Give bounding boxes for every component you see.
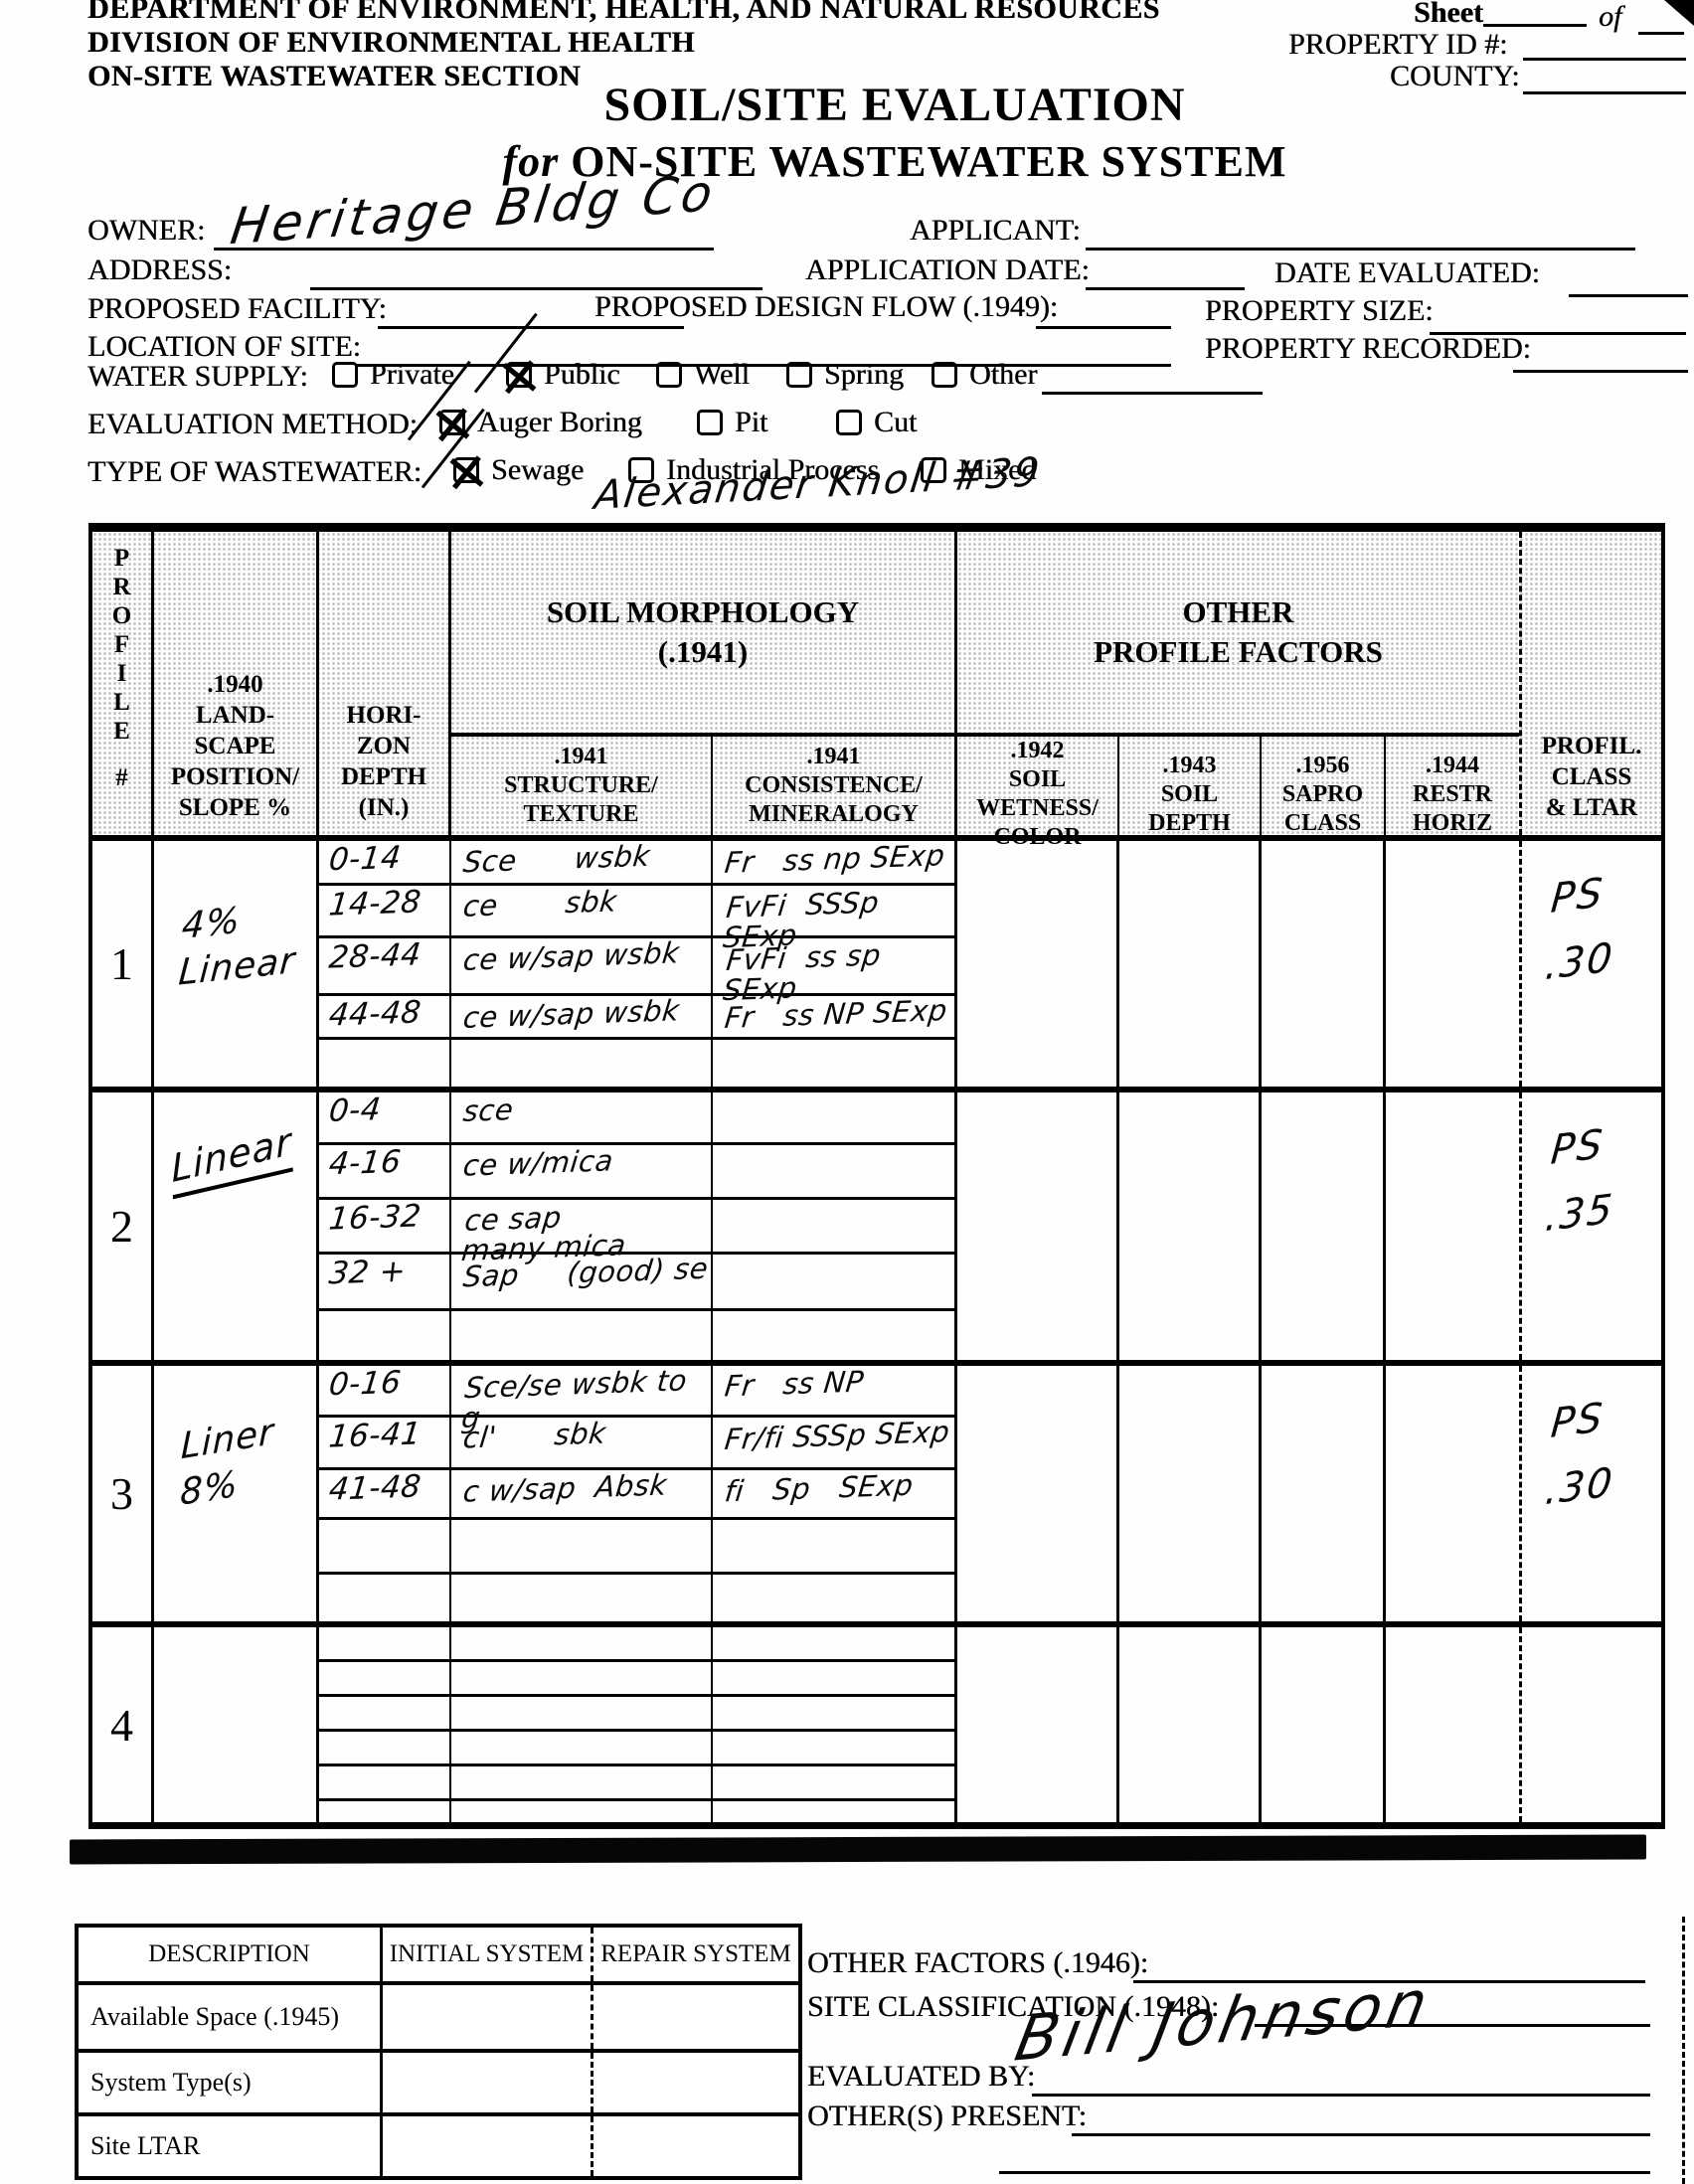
system-table-header-repair: REPAIR SYSTEM <box>593 1928 798 1981</box>
other-profile-factors-header: OTHER PROFILE FACTORS <box>957 532 1519 737</box>
structure-texture-value: ce sbk <box>461 886 618 922</box>
profile-number-cell: 2 <box>92 1092 154 1360</box>
owner-label: OWNER: <box>87 214 205 248</box>
profile-class-cell: PS .35 <box>1522 1092 1661 1360</box>
consistence-mineralogy-cell <box>713 1520 954 1572</box>
structure-texture-value: ce w/mica <box>461 1145 614 1180</box>
sapro-class-header: .1956 SAPRO CLASS <box>1262 737 1386 852</box>
structure-texture-cell: ce sap many mica <box>451 1200 713 1252</box>
landscape-cell <box>154 1627 319 1822</box>
profile-col-letter: F <box>114 630 129 659</box>
structure-texture-cell <box>451 1697 713 1729</box>
structure-texture-value: Sce wsbk <box>461 841 651 878</box>
system-types-repair-cell <box>593 2053 798 2112</box>
location-of-site-label: LOCATION OF SITE: <box>87 330 361 364</box>
consistence-mineralogy-value: Fr/fi SSSp SExp <box>723 1417 950 1454</box>
site-ltar-repair-cell <box>593 2116 798 2176</box>
profile-number: 3 <box>110 1467 133 1520</box>
structure-texture-value: cl' sbk <box>461 1418 607 1452</box>
checkbox-label-other: Other <box>969 358 1037 392</box>
checkbox-public <box>506 362 532 388</box>
consistence-mineralogy-cell <box>713 1662 954 1694</box>
scan-corner-artifact <box>1664 0 1694 26</box>
structure-texture-value: sce <box>461 1094 515 1126</box>
system-table: DESCRIPTION INITIAL SYSTEM REPAIR SYSTEM… <box>75 1924 802 2180</box>
landscape-handwriting: 4% Linear <box>177 892 300 997</box>
site-ltar-label: Site LTAR <box>79 2116 383 2176</box>
structure-texture-cell <box>451 1627 713 1659</box>
structure-texture-header: .1941 STRUCTURE/ TEXTURE <box>451 737 713 835</box>
consistence-mineralogy-cell: Fr ss NP SExp <box>713 996 954 1037</box>
sapro-class-cell <box>1262 841 1386 1087</box>
profile-col-letter: R <box>112 573 130 601</box>
horizon-depth-cell: 41-48 <box>319 1470 451 1517</box>
horizon-depth-value: 44-48 <box>327 997 423 1030</box>
checkbox-label-private: Private <box>370 358 454 392</box>
sheet-label: Sheet <box>1414 0 1483 30</box>
sheet-of-blank <box>1638 32 1684 35</box>
horizon-depth-value: 28-44 <box>327 939 423 972</box>
profile-class-cell <box>1522 1627 1661 1822</box>
checkbox-other <box>932 362 957 388</box>
horizon-depth-cell: 16-32 <box>319 1200 451 1252</box>
horizon-row: 28-44ce w/sap wsbkFvFi ss sp SExp <box>319 938 954 996</box>
consistence-mineralogy-cell: FvFi ss sp SExp <box>713 938 954 993</box>
form-title-block: SOIL/SITE EVALUATION for ON-SITE WASTEWA… <box>358 78 1432 187</box>
horizon-depth-value: 16-32 <box>327 1201 423 1234</box>
structure-texture-cell: Sap (good) se <box>451 1255 713 1308</box>
available-space-label: Available Space (.1945) <box>79 1985 383 2049</box>
horizon-row <box>319 1697 954 1732</box>
consistence-mineralogy-cell: fi Sp SExp <box>713 1470 954 1517</box>
available-space-repair-cell <box>593 1985 798 2049</box>
checkbox-label-spring: Spring <box>824 358 904 392</box>
consistence-mineralogy-cell: Fr ss NP <box>713 1366 954 1415</box>
consistence-mineralogy-cell <box>713 1040 954 1087</box>
structure-texture-cell <box>451 1575 713 1621</box>
consistence-mineralogy-cell <box>713 1732 954 1764</box>
horizon-depth-cell: 32 + <box>319 1255 451 1308</box>
soil-wetness-cell <box>957 1366 1119 1621</box>
available-space-initial-cell <box>383 1985 593 2049</box>
application-date-label: APPLICATION DATE: <box>805 253 1090 287</box>
county-blank <box>1523 91 1686 94</box>
horizon-row <box>319 1801 954 1822</box>
horizon-depth-cell: 44-48 <box>319 996 451 1037</box>
horizon-row: 14-28ce sbkFvFi SSSp SExp <box>319 886 954 938</box>
horizon-row <box>319 1627 954 1662</box>
checkbox-private <box>332 362 358 388</box>
horizon-rows <box>319 1627 957 1822</box>
structure-texture-cell: ce w/sap wsbk <box>451 996 713 1037</box>
date-evaluated-label: DATE EVALUATED: <box>1274 256 1540 290</box>
checkbox-other-blank <box>1042 392 1263 395</box>
checkbox-pit <box>697 410 723 435</box>
landscape-handwriting: Linear <box>170 1118 293 1200</box>
consistence-mineralogy-value: Fr ss np SExp <box>723 840 946 878</box>
horizon-row <box>319 1311 954 1360</box>
landscape-cell: Linear <box>154 1092 319 1360</box>
soil-morphology-group-header: SOIL MORPHOLOGY (.1941) <box>451 532 954 737</box>
horizon-depth-cell <box>319 1040 451 1087</box>
soil-profile-rows: 14% Linear0-14Sce wsbkFr ss np SExp14-28… <box>92 841 1661 1822</box>
horizon-depth-cell: 0-14 <box>319 841 451 883</box>
landscape-cell: Liner 8% <box>154 1366 319 1621</box>
horizon-depth-cell <box>319 1311 451 1360</box>
structure-texture-cell: ce w/sap wsbk <box>451 938 713 993</box>
profile-number-cell: 1 <box>92 841 154 1087</box>
profile-number: 4 <box>110 1699 133 1752</box>
consistence-mineralogy-cell <box>713 1145 954 1197</box>
structure-texture-cell <box>451 1732 713 1764</box>
address-label: ADDRESS: <box>87 253 232 287</box>
profile-number: 1 <box>110 937 133 990</box>
profile-class-value: PS .30 <box>1542 1383 1622 1525</box>
horizon-depth-column-header: HORI- ZON DEPTH (IN.) <box>319 532 451 835</box>
horizon-row: 16-32ce sap many mica <box>319 1200 954 1255</box>
scan-edge-line <box>1682 1917 1685 2184</box>
system-table-header-initial: INITIAL SYSTEM <box>383 1928 593 1981</box>
checkbox-spring <box>786 362 812 388</box>
restrictive-horizon-cell <box>1386 841 1522 1087</box>
consistence-mineralogy-cell <box>713 1255 954 1308</box>
profile-col-letter: O <box>112 601 131 630</box>
consistence-mineralogy-cell <box>713 1311 954 1360</box>
profile-column-header: PROFILE# <box>92 532 154 835</box>
soil-depth-header: .1943 SOIL DEPTH <box>1119 737 1262 852</box>
horizon-depth-value: 32 + <box>327 1257 407 1289</box>
sapro-class-cell <box>1262 1627 1386 1822</box>
others-present-label: OTHER(S) PRESENT: <box>807 2100 1087 2133</box>
scan-separator-band <box>70 1835 1646 1865</box>
design-flow-blank <box>1036 326 1171 329</box>
agency-line-1: DEPARTMENT OF ENVIRONMENT, HEALTH, AND N… <box>87 0 1160 26</box>
profile-col-letter: P <box>114 544 129 573</box>
scanned-form-page: DEPARTMENT OF ENVIRONMENT, HEALTH, AND N… <box>0 0 1694 2184</box>
structure-texture-cell <box>451 1520 713 1572</box>
design-flow-label: PROPOSED DESIGN FLOW (.1949): <box>594 290 1058 324</box>
checkbox-group-water-supply: WATER SUPPLY:PrivatePublicWellSpringOthe… <box>0 360 1694 408</box>
soil-morphology-group: SOIL MORPHOLOGY (.1941) .1941 STRUCTURE/… <box>451 532 957 835</box>
horizon-depth-cell <box>319 1801 451 1822</box>
structure-texture-cell: sce <box>451 1092 713 1142</box>
consistence-mineralogy-cell <box>713 1627 954 1659</box>
soil-wetness-cell <box>957 841 1119 1087</box>
structure-texture-value: ce w/sap wsbk <box>461 937 681 975</box>
date-evaluated-blank <box>1569 294 1688 297</box>
profile-class-value: PS .30 <box>1542 858 1622 1000</box>
horizon-depth-cell: 14-28 <box>319 886 451 935</box>
horizon-row: 32 +Sap (good) se <box>319 1255 954 1311</box>
horizon-depth-value: 4-16 <box>327 1147 402 1180</box>
profile-number-cell: 3 <box>92 1366 154 1621</box>
sapro-class-cell <box>1262 1092 1386 1360</box>
checkbox-well <box>656 362 682 388</box>
horizon-depth-cell: 28-44 <box>319 938 451 993</box>
other-profile-factors-group: OTHER PROFILE FACTORS .1942 SOIL WETNESS… <box>957 532 1522 835</box>
profile-col-letter: I <box>117 659 127 688</box>
profile-col-letter: E <box>113 717 130 746</box>
horizon-depth-value: 14-28 <box>327 887 423 920</box>
consistence-mineralogy-value: Fr ss NP <box>723 1366 865 1401</box>
others-present-blank <box>1072 2133 1650 2136</box>
horizon-header-text: HORI- ZON DEPTH (IN.) <box>341 700 426 823</box>
profile-number-cell: 4 <box>92 1627 154 1822</box>
soil-wetness-cell <box>957 1092 1119 1360</box>
horizon-depth-cell: 4-16 <box>319 1145 451 1197</box>
structure-texture-cell: ce sbk <box>451 886 713 935</box>
landscape-header-text: .1940 LAND- SCAPE POSITION/ SLOPE % <box>171 669 299 823</box>
structure-texture-value: ce w/sap wsbk <box>461 995 681 1033</box>
application-date-blank <box>1086 287 1245 290</box>
checkbox-group-label: WATER SUPPLY: <box>87 360 308 394</box>
profile-class-cell: PS .30 <box>1522 1366 1661 1621</box>
horizon-row <box>319 1766 954 1801</box>
horizon-depth-cell <box>319 1575 451 1621</box>
horizon-depth-cell <box>319 1520 451 1572</box>
structure-texture-cell: Sce/se wsbk to g <box>451 1366 713 1415</box>
horizon-row: 0-16Sce/se wsbk to gFr ss NP <box>319 1366 954 1418</box>
horizon-row: 44-48ce w/sap wsbkFr ss NP SExp <box>319 996 954 1040</box>
system-table-header-description: DESCRIPTION <box>79 1928 383 1981</box>
horizon-row <box>319 1575 954 1621</box>
structure-texture-cell: Sce wsbk <box>451 841 713 883</box>
profile-number: 2 <box>110 1200 133 1253</box>
horizon-depth-cell <box>319 1697 451 1729</box>
checkbox-label-well: Well <box>694 358 750 392</box>
sheet-blank <box>1483 24 1587 27</box>
profile-class-value: PS .35 <box>1542 1109 1622 1252</box>
system-table-row-available-space: Available Space (.1945) <box>79 1985 798 2053</box>
horizon-depth-cell <box>319 1662 451 1694</box>
consistence-mineralogy-cell <box>713 1801 954 1822</box>
system-table-row-site-ltar: Site LTAR <box>79 2116 798 2176</box>
checkbox-group-label: TYPE OF WASTEWATER: <box>87 455 422 489</box>
agency-line-2: DIVISION OF ENVIRONMENTAL HEALTH <box>87 26 695 60</box>
horizon-depth-cell: 16-41 <box>319 1418 451 1467</box>
landscape-cell: 4% Linear <box>154 841 319 1087</box>
proposed-facility-blank <box>378 326 684 329</box>
checkbox-cut <box>836 410 862 435</box>
soil-wetness-header: .1942 SOIL WETNESS/ COLOR <box>957 737 1119 852</box>
consistence-mineralogy-cell <box>713 1092 954 1142</box>
structure-texture-cell <box>451 1311 713 1360</box>
system-types-label: System Type(s) <box>79 2053 383 2112</box>
consistence-mineralogy-cell: Fr ss np SExp <box>713 841 954 883</box>
horizon-depth-cell <box>319 1732 451 1764</box>
landscape-handwriting: Liner 8% <box>180 1410 274 1517</box>
horizon-row <box>319 1040 954 1087</box>
horizon-depth-cell <box>319 1766 451 1798</box>
system-types-initial-cell <box>383 2053 593 2112</box>
structure-texture-cell <box>451 1662 713 1694</box>
system-table-header-row: DESCRIPTION INITIAL SYSTEM REPAIR SYSTEM <box>79 1928 798 1985</box>
horizon-row: 41-48c w/sap Abskfi Sp SExp <box>319 1470 954 1520</box>
horizon-depth-value: 0-14 <box>327 843 402 876</box>
soil-depth-cell <box>1119 1366 1262 1621</box>
checkbox-group-label: EVALUATION METHOD: <box>87 408 418 441</box>
horizon-depth-value: 0-4 <box>327 1094 382 1126</box>
horizon-row <box>319 1662 954 1697</box>
applicant-blank <box>1086 248 1635 251</box>
form-title: SOIL/SITE EVALUATION <box>358 78 1432 132</box>
other-factors-label: OTHER FACTORS (.1946): <box>807 1946 1148 1980</box>
soil-depth-cell <box>1119 1627 1262 1822</box>
horizon-depth-cell: 0-4 <box>319 1092 451 1142</box>
consistence-mineralogy-cell <box>713 1697 954 1729</box>
evaluated-by-label: EVALUATED BY: <box>807 2060 1035 2094</box>
restrictive-horizon-cell <box>1386 1092 1522 1360</box>
checkbox-label-sewage: Sewage <box>491 453 584 487</box>
soil-table-header: PROFILE# .1940 LAND- SCAPE POSITION/ SLO… <box>92 532 1661 841</box>
profile-band-3: 3Liner 8%0-16Sce/se wsbk to gFr ss NP16-… <box>92 1366 1661 1627</box>
soil-depth-cell <box>1119 1092 1262 1360</box>
profile-band-4: 4 <box>92 1627 1661 1822</box>
sheet-of-label: of <box>1599 0 1621 34</box>
horizon-row <box>319 1520 954 1575</box>
applicant-label: APPLICANT: <box>910 214 1081 248</box>
restrictive-horizon-cell <box>1386 1627 1522 1822</box>
structure-texture-value: Sap (good) se <box>461 1254 709 1292</box>
structure-texture-cell <box>451 1801 713 1822</box>
property-id-blank <box>1523 58 1686 61</box>
soil-depth-cell <box>1119 841 1262 1087</box>
system-table-row-system-types: System Type(s) <box>79 2053 798 2116</box>
soil-wetness-cell <box>957 1627 1119 1822</box>
profile-class-cell: PS .30 <box>1522 841 1661 1087</box>
proposed-facility-label: PROPOSED FACILITY: <box>87 292 387 326</box>
horizon-row: 4-16ce w/mica <box>319 1145 954 1200</box>
checkbox-label-public: Public <box>544 358 620 392</box>
structure-texture-cell: ce w/mica <box>451 1145 713 1197</box>
checkbox-auger-boring <box>439 410 465 435</box>
horizon-rows: 0-4sce4-16ce w/mica16-32ce sap many mica… <box>319 1092 957 1360</box>
consistence-mineralogy-cell <box>713 1575 954 1621</box>
structure-texture-cell: c w/sap Absk <box>451 1470 713 1517</box>
footer-extra-blank <box>999 2171 1650 2174</box>
horizon-row: 0-14Sce wsbkFr ss np SExp <box>319 841 954 886</box>
profile-col-letter: # <box>115 763 128 792</box>
sapro-class-cell <box>1262 1366 1386 1621</box>
restrictive-horizon-cell <box>1386 1366 1522 1621</box>
structure-texture-cell <box>451 1766 713 1798</box>
horizon-row: 0-4sce <box>319 1092 954 1145</box>
checkbox-label-cut: Cut <box>874 406 917 439</box>
horizon-depth-value: 41-48 <box>327 1471 423 1504</box>
evaluated-by-blank <box>1032 2094 1650 2097</box>
profile-class-column-header: PROFIL. CLASS & LTAR <box>1522 532 1661 835</box>
horizon-depth-cell: 0-16 <box>319 1366 451 1415</box>
profile-band-1: 14% Linear0-14Sce wsbkFr ss np SExp14-28… <box>92 841 1661 1092</box>
checkbox-label-auger-boring: Auger Boring <box>477 406 642 439</box>
checkbox-group-evaluation-method: EVALUATION METHOD:Auger BoringPitCut <box>0 408 1694 455</box>
site-ltar-initial-cell <box>383 2116 593 2176</box>
consistence-mineralogy-value: Fr ss NP SExp <box>723 995 948 1033</box>
horizon-depth-value: 16-41 <box>327 1419 423 1451</box>
property-id-label: PROPERTY ID #: <box>1288 28 1507 62</box>
structure-texture-cell <box>451 1040 713 1087</box>
horizon-depth-cell <box>319 1627 451 1659</box>
landscape-column-header: .1940 LAND- SCAPE POSITION/ SLOPE % <box>154 532 319 835</box>
consistence-mineralogy-cell: FvFi SSSp SExp <box>713 886 954 935</box>
horizon-row <box>319 1732 954 1766</box>
consistence-mineralogy-cell <box>713 1200 954 1252</box>
horizon-rows: 0-14Sce wsbkFr ss np SExp14-28ce sbkFvFi… <box>319 841 957 1087</box>
checkbox-sewage <box>453 457 479 483</box>
consistence-mineralogy-cell: Fr/fi SSSp SExp <box>713 1418 954 1467</box>
structure-texture-value: c w/sap Absk <box>461 1469 668 1506</box>
checkbox-label-pit: Pit <box>735 406 767 439</box>
consistence-mineralogy-cell <box>713 1766 954 1798</box>
horizon-rows: 0-16Sce/se wsbk to gFr ss NP16-41cl' sbk… <box>319 1366 957 1621</box>
consistence-mineralogy-value: fi Sp SExp <box>723 1470 915 1507</box>
profile-class-header-text: PROFIL. CLASS & LTAR <box>1542 731 1642 823</box>
horizon-depth-value: 0-16 <box>327 1368 402 1401</box>
soil-profile-table: PROFILE# .1940 LAND- SCAPE POSITION/ SLO… <box>88 523 1665 1829</box>
property-size-label: PROPERTY SIZE: <box>1205 294 1434 328</box>
profile-col-letter: L <box>113 688 130 717</box>
consistence-mineralogy-header: .1941 CONSISTENCE/ MINERALOGY <box>713 737 954 835</box>
restrictive-horizon-header: .1944 RESTR HORIZ <box>1386 737 1519 852</box>
profile-band-2: 2Linear0-4sce4-16ce w/mica16-32ce sap ma… <box>92 1092 1661 1366</box>
